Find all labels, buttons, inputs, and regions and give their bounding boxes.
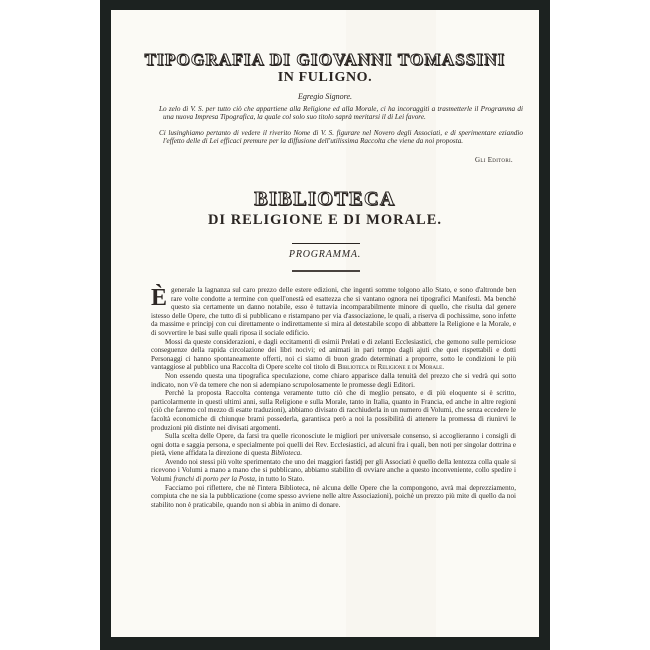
body-paragraph: Sulla scelta delle Opere, da farsi tra q… [151, 432, 516, 458]
body-paragraph: È generale la lagnanza sul caro prezzo d… [151, 286, 516, 338]
program-label: PROGRAMMA. [111, 249, 539, 260]
document-page: TIPOGRAFIA DI GIOVANNI TOMASSINI IN FULI… [111, 10, 539, 637]
body-paragraph: Mossi da queste considerazioni, e dagli … [151, 338, 516, 372]
program-body: È generale la lagnanza sul caro prezzo d… [151, 286, 516, 509]
printer-title: TIPOGRAFIA DI GIOVANNI TOMASSINI [111, 50, 539, 70]
drop-cap: È [151, 288, 167, 308]
body-paragraph: Perchè la proposta Raccolta contenga ver… [151, 389, 516, 432]
printer-location: IN FULIGNO. [111, 70, 539, 86]
collection-title: Biblioteca di Religione e di Morale [338, 363, 443, 371]
intro-paragraph: Ci lusinghiamo pertanto di vedere il riv… [151, 130, 523, 145]
section-subtitle: DI RELIGIONE E DI MORALE. [111, 212, 539, 229]
body-paragraph: Non essendo questa una tipografica specu… [151, 372, 516, 389]
photo-frame: TIPOGRAFIA DI GIOVANNI TOMASSINI IN FULI… [100, 0, 550, 650]
signature: Gli Editori. [475, 156, 513, 164]
salutation: Egregio Signore. [111, 92, 539, 101]
divider [292, 243, 360, 244]
divider [292, 270, 360, 272]
section-title: BIBLIOTECA [111, 188, 539, 211]
body-paragraph: Facciamo poi riflettere, che nè l'intera… [151, 484, 516, 510]
intro-paragraph: Lo zelo di V. S. per tutto ciò che appar… [151, 106, 523, 121]
body-paragraph: Avendo noi stessi più volte sperimentato… [151, 458, 516, 484]
